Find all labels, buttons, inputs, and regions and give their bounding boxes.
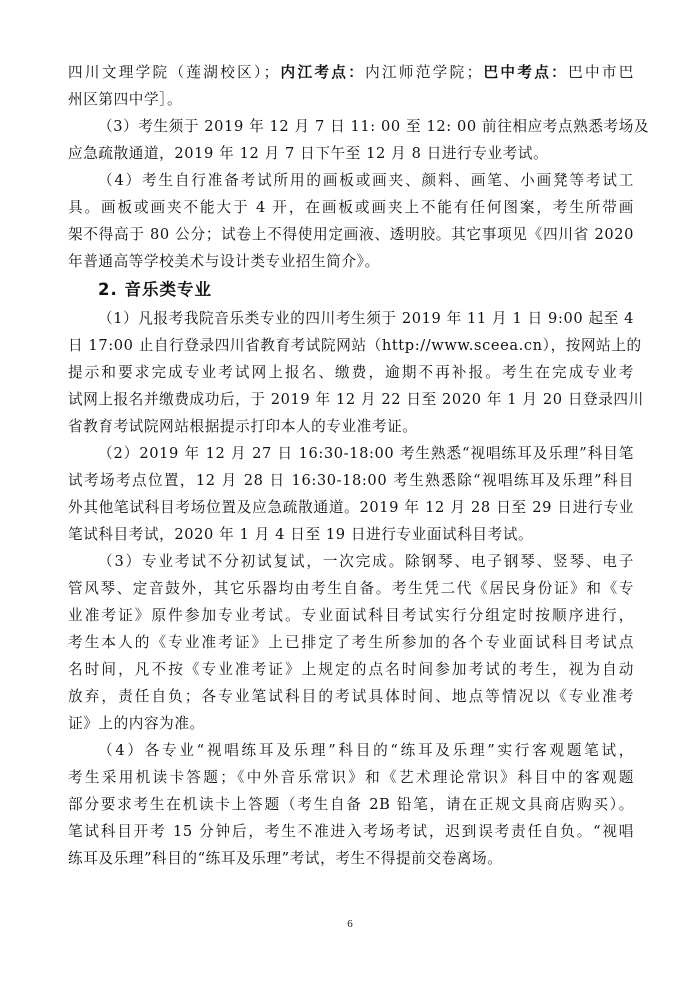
paragraph-line: 考生采用机读卡答题；《中外音乐常识》和《艺术理论常识》科目中的客观题 xyxy=(68,764,634,791)
document-page: 四川文理学院（莲湖校区）；内江考点：内江师范学院；巴中考点：巴中市巴 州区第四中… xyxy=(68,59,634,872)
music-item-1: （1）凡报考我院音乐类专业的四川考生须于 2019 年 11 月 1 日 9:0… xyxy=(68,305,634,440)
music-item-3: （3）专业考试不分初试复试，一次完成。除钢琴、电子钢琴、竖琴、电子 管风琴、定音… xyxy=(68,548,634,737)
paragraph-line: 四川文理学院（莲湖校区）；内江考点：内江师范学院；巴中考点：巴中市巴 xyxy=(68,59,634,86)
paragraph-line: 名时间，凡不按《专业准考证》上规定的点名时间参加考试的考生，视为自动 xyxy=(68,656,634,683)
paragraph-line: 日 17:00 止自行登录四川省教育考试院网站（http://www.sceea… xyxy=(68,332,634,359)
paragraph-line: 架不得高于 80 公分；试卷上不得使用定画液、透明胶。其它事项见《四川省 202… xyxy=(68,221,634,248)
paragraph-line: 笔试科目开考 15 分钟后，考生不准进入考场考试，迟到误考责任自负。“视唱 xyxy=(68,818,634,845)
paragraph-line: 证》上的内容为准。 xyxy=(68,710,634,737)
paragraph-line: 放弃，责任自负；各专业笔试科目的考试具体时间、地点等情况以《专业准考 xyxy=(68,683,634,710)
paragraph-line: 提示和要求完成专业考试网上报名、缴费，逾期不再补报。考生在完成专业考 xyxy=(68,359,634,386)
text-span: 内江师范学院； xyxy=(365,64,482,81)
music-item-4: （4）各专业“视唱练耳及乐理”科目的“练耳及乐理”实行客观题笔试， 考生采用机读… xyxy=(68,737,634,872)
text-span: 巴中市巴 xyxy=(568,64,634,81)
paragraph-line: 考生本人的《专业准考证》上已排定了考生所参加的各个专业面试科目考试点 xyxy=(68,629,634,656)
paragraph-line: 练耳及乐理”科目的“练耳及乐理”考试，考生不得提前交卷离场。 xyxy=(68,845,634,872)
paragraph-line: 业准考证》原件参加专业考试。专业面试科目考试实行分组定时按顺序进行， xyxy=(68,602,634,629)
paragraph-line: 试网上报名并缴费成功后，于 2019 年 12 月 22 日至 2020 年 1… xyxy=(68,386,634,413)
page-number: 6 xyxy=(0,918,700,930)
paragraph-line: 应急疏散通道，2019 年 12 月 7 日下午至 12 月 8 日进行专业考试… xyxy=(68,140,634,167)
paragraph-line: 笔试科目考试，2020 年 1 月 4 日至 19 日进行专业面试科目考试。 xyxy=(68,521,634,548)
paragraph-line: 具。画板或画夹不能大于 4 开，在画板或画夹上不能有任何图案，考生所带画 xyxy=(68,194,634,221)
section-heading: 2. 音乐类专业 xyxy=(68,275,634,305)
paragraph-line: （1）凡报考我院音乐类专业的四川考生须于 2019 年 11 月 1 日 9:0… xyxy=(68,305,634,332)
bold-label-bazhong: 巴中考点： xyxy=(482,64,568,81)
paragraph-line: 部分要求考生在机读卡上答题（考生自备 2B 铅笔，请在正规文具商店购买）。 xyxy=(68,791,634,818)
bold-label-neijiang: 内江考点： xyxy=(279,64,365,81)
music-item-2: （2）2019 年 12 月 27 日 16:30-18:00 考生熟悉“视唱练… xyxy=(68,440,634,548)
art-item-3: （3）考生须于 2019 年 12 月 7 日 11: 00 至 12: 00 … xyxy=(68,113,634,167)
paragraph-line: 年普通高等学校美术与设计类专业招生简介》。 xyxy=(68,248,634,275)
text-span: 四川文理学院（莲湖校区）； xyxy=(68,64,279,81)
paragraph-line: 省教育考试院网站根据提示打印本人的专业准考证。 xyxy=(68,413,634,440)
paragraph-line: 管风琴、定音鼓外，其它乐器均由考生自备。考生凭二代《居民身份证》和《专 xyxy=(68,575,634,602)
paragraph-line: （4）考生自行准备考试所用的画板或画夹、颜料、画笔、小画凳等考试工 xyxy=(68,167,634,194)
paragraph-line: （4）各专业“视唱练耳及乐理”科目的“练耳及乐理”实行客观题笔试， xyxy=(68,737,634,764)
paragraph-line: 试考场考点位置，12 月 28 日 16:30-18:00 考生熟悉除“视唱练耳… xyxy=(68,467,634,494)
paragraph-line: （2）2019 年 12 月 27 日 16:30-18:00 考生熟悉“视唱练… xyxy=(68,440,634,467)
paragraph-line: 州区第四中学］。 xyxy=(68,86,634,113)
paragraph-line: （3）考生须于 2019 年 12 月 7 日 11: 00 至 12: 00 … xyxy=(68,113,634,140)
paragraph-line: 外其他笔试科目考场位置及应急疏散通道。2019 年 12 月 28 日至 29 … xyxy=(68,494,634,521)
paragraph-line: （3）专业考试不分初试复试，一次完成。除钢琴、电子钢琴、竖琴、电子 xyxy=(68,548,634,575)
art-item-4: （4）考生自行准备考试所用的画板或画夹、颜料、画笔、小画凳等考试工 具。画板或画… xyxy=(68,167,634,275)
